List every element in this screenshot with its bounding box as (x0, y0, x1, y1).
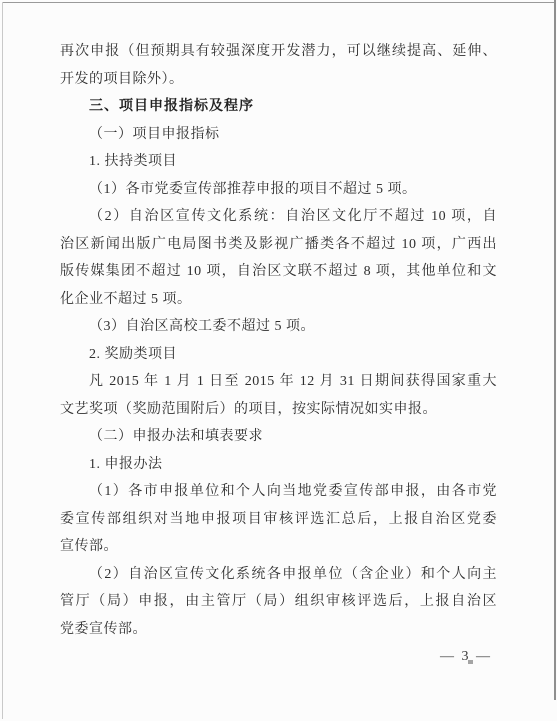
scan-border-top (2, 2, 555, 3)
scan-border-right (554, 0, 556, 700)
item-heading-3: 1. 申报办法 (60, 451, 497, 479)
body-line: （1）各市申报单位和个人向当地党委宣传部申报，由各市党 (60, 478, 497, 506)
document-body: 再次申报（但预期具有较强深度开发潜力，可以继续提高、延伸、 开发的项目除外）。 … (60, 38, 497, 671)
subsection-heading-1: （一）项目申报指标 (60, 121, 497, 149)
item-heading-1: 1. 扶持类项目 (60, 148, 497, 176)
body-line: 治区新闻出版广电局图书类及影视广播类各不超过 10 项，广西出 (60, 231, 497, 259)
body-line: （2）自治区宣传文化系统：自治区文化厅不超过 10 项，自 (60, 203, 497, 231)
scan-artifact (468, 660, 473, 664)
body-line: 再次申报（但预期具有较强深度开发潜力，可以继续提高、延伸、 (60, 38, 497, 66)
body-line: 凡 2015 年 1 月 1 日至 2015 年 12 月 31 日期间获得国家… (60, 368, 497, 396)
body-line: （3）自治区高校工委不超过 5 项。 (60, 313, 497, 341)
page-number: — 3 — (60, 643, 497, 671)
body-line: 宣传部。 (60, 533, 497, 561)
body-line: （1）各市党委宣传部推荐申报的项目不超过 5 项。 (60, 176, 497, 204)
scan-border-left (2, 2, 3, 719)
body-line: 委宣传部组织对当地申报项目审核评选汇总后，上报自治区党委 (60, 506, 497, 534)
body-line: 版传媒集团不超过 10 项，自治区文联不超过 8 项，其他单位和文 (60, 258, 497, 286)
subsection-heading-2: （二）申报办法和填表要求 (60, 423, 497, 451)
body-line: 文艺奖项（奖励范围附后）的项目，按实际情况如实申报。 (60, 396, 497, 424)
document-page: 再次申报（但预期具有较强深度开发潜力，可以继续提高、延伸、 开发的项目除外）。 … (0, 0, 557, 721)
body-line: 管厅（局）申报，由主管厅（局）组织审核评选后，上报自治区 (60, 588, 497, 616)
body-line: 开发的项目除外）。 (60, 66, 497, 94)
section-heading-3: 三、项目申报指标及程序 (60, 93, 497, 121)
item-heading-2: 2. 奖励类项目 (60, 341, 497, 369)
body-line: （2）自治区宣传文化系统各申报单位（含企业）和个人向主 (60, 561, 497, 589)
body-line: 党委宣传部。 (60, 616, 497, 644)
body-line: 化企业不超过 5 项。 (60, 286, 497, 314)
